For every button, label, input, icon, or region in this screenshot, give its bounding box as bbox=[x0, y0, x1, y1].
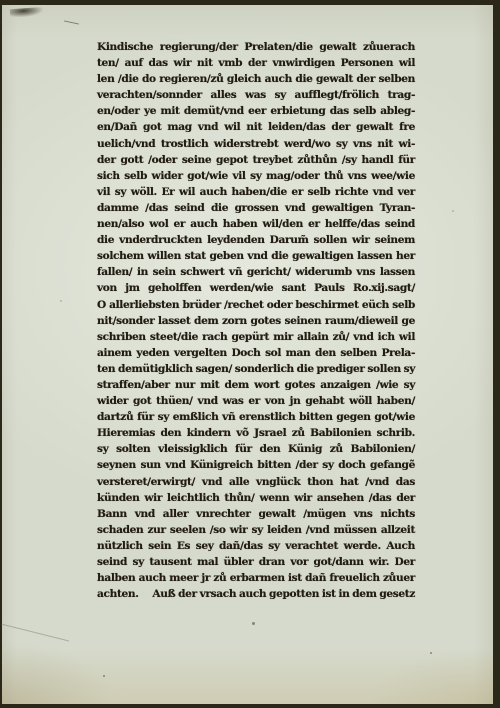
text-line: O allerliebsten brüder /rechet oder besc… bbox=[97, 297, 415, 313]
text-line: von jm geholffen werden/wie sant Pauls R… bbox=[97, 280, 415, 296]
paper-speck bbox=[103, 675, 105, 677]
scratch-mark bbox=[64, 20, 79, 24]
text-line: nützlich sein Es sey dañ/das sy verachte… bbox=[97, 538, 415, 554]
paper-speck bbox=[452, 210, 454, 212]
text-line: nen/also wol er auch haben wil/den er he… bbox=[97, 216, 415, 232]
text-line: ainem yeden vergelten Doch sol man den s… bbox=[97, 345, 415, 361]
text-line: achten. Auß der vrsach auch gepotten ist… bbox=[97, 586, 415, 602]
text-line: Kindische regierung/der Prelaten/die gew… bbox=[97, 39, 415, 55]
text-line: damme /das seind die grossen vnd gewalti… bbox=[97, 200, 415, 216]
paper-speck bbox=[252, 622, 255, 625]
text-block: Kindische regierung/der Prelaten/die gew… bbox=[97, 39, 415, 602]
ink-smudge bbox=[10, 7, 45, 18]
text-line: vil sy wöll. Er wil auch haben/die er se… bbox=[97, 184, 415, 200]
text-line: schaden zur seelen /so wir sy leiden /vn… bbox=[97, 522, 415, 538]
text-line: versteret/erwirgt/ vnd alle vnglück thon… bbox=[97, 474, 415, 490]
text-line: sy solten vleissigklich für den Künig zů… bbox=[97, 441, 415, 457]
scanned-page: Kindische regierung/der Prelaten/die gew… bbox=[0, 0, 500, 708]
text-line: en/Dañ got mag vnd wil nit leiden/das de… bbox=[97, 119, 415, 135]
text-line: nit/sonder lasset dem zorn gotes seinen … bbox=[97, 313, 415, 329]
text-line: straffen/aber nur mit dem wort gotes anz… bbox=[97, 377, 415, 393]
text-line: uelich/vnd trostlich widerstrebt werd/wo… bbox=[97, 136, 415, 152]
text-line: verachten/sonnder alles was sy aufflegt/… bbox=[97, 87, 415, 103]
text-line: schriben steet/die rach gepürt mir allai… bbox=[97, 329, 415, 345]
text-line: wider got thüen/ vnd was er von jn gehab… bbox=[97, 393, 415, 409]
text-line: die vnderdruckten leydenden Darum̃ solle… bbox=[97, 232, 415, 248]
text-line: ten/ auf das wir nit vmb der vnwirdigen … bbox=[97, 55, 415, 71]
text-line: ten demütigklich sagen/ sonderlich die p… bbox=[97, 361, 415, 377]
text-line: solchem willen stat geben vnd die gewalt… bbox=[97, 248, 415, 264]
text-line: halben auch meer jr zů erbarmen ist dañ … bbox=[97, 570, 415, 586]
text-line: künden wir leichtlich thůn/ wenn wir ans… bbox=[97, 490, 415, 506]
text-line: dartzů für sy emßlich vñ erenstlich bitt… bbox=[97, 409, 415, 425]
text-line: sich selb wider got/wie vil sy mag/oder … bbox=[97, 168, 415, 184]
text-line: Bann vnd aller vnrechter gewalt /mügen v… bbox=[97, 506, 415, 522]
text-line: seynen sun vnd Künigreich bitten /der sy… bbox=[97, 457, 415, 473]
paper-speck bbox=[430, 652, 432, 654]
text-line: len /die do regieren/zů gleich auch die … bbox=[97, 71, 415, 87]
paper-speck bbox=[60, 300, 62, 302]
text-line: Hieremias den kindern võ Jsrael zů Babil… bbox=[97, 425, 415, 441]
text-line: seind sy tausent mal übler dran vor got/… bbox=[97, 554, 415, 570]
text-line: en/oder ye mit demüt/vnd eer erbietung d… bbox=[97, 103, 415, 119]
text-line: fallen/ in sein schwert vñ gericht/ wide… bbox=[97, 264, 415, 280]
text-line: der gott /oder seine gepot treybet zůthů… bbox=[97, 152, 415, 168]
